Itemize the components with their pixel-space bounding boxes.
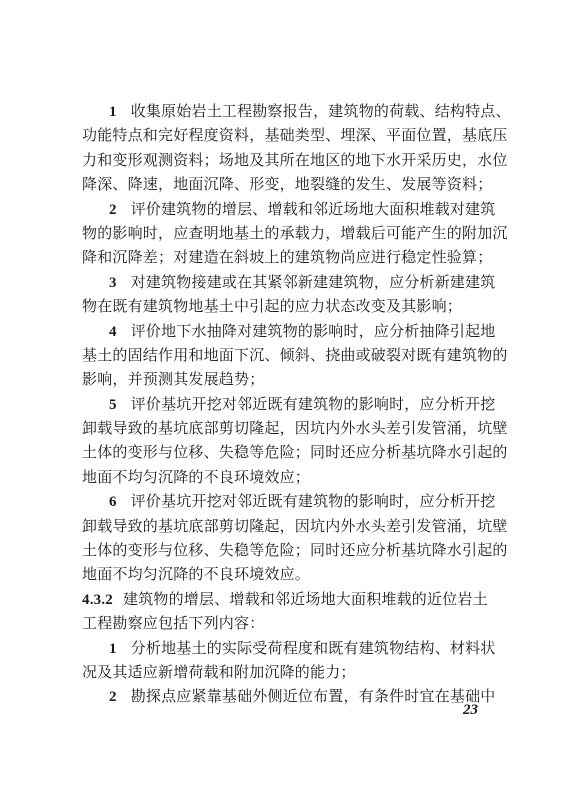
text-line: 降深、降速，地面沉降、形变，地裂缝的发生、发展等资料； [82,173,504,197]
text-line: 工程勘察应包括下列内容： [82,612,504,636]
line-text: 降深、降速，地面沉降、形变，地裂缝的发生、发展等资料； [82,177,492,193]
text-line: 地面不均匀沉降的不良环境效应。 [82,563,504,587]
line-text: 功能特点和完好程度资料，基础类型、埋深、平面位置，基底压 [82,128,508,144]
line-text: 卸载导致的基坑底部剪切隆起，因坑内外水头差引发管涌，坑壁 [82,519,508,535]
item-number: 2 [109,202,117,218]
text-line: 物在既有建筑物地基土中引起的应力状态改变及其影响； [82,295,504,319]
page-number: 23 [463,702,478,719]
line-text: 影响，并预测其发展趋势； [82,372,264,388]
text-line: 3对建筑物接建或在其紧邻新建建筑物，应分析新建建筑 [82,271,504,295]
item-number: 4 [109,324,117,340]
clause-number: 4.3.2 [82,592,113,608]
text-line: 1收集原始岩土工程勘察报告，建筑物的荷载、结构特点、 [82,100,504,124]
line-text: 地面不均匀沉降的不良环境效应； [82,470,310,486]
text-line: 4.3.2建筑物的增层、增载和邻近场地大面积堆载的近位岩土 [82,588,504,612]
text-line: 地面不均匀沉降的不良环境效应； [82,466,504,490]
line-text: 况及其适应新增荷载和附加沉降的能力； [82,665,356,681]
line-text: 物的影响时，应查明地基土的承载力，增载后可能产生的附加沉 [82,226,508,242]
text-line: 5评价基坑开挖对邻近既有建筑物的影响时，应分析开挖 [82,393,504,417]
line-text: 评价地下水抽降对建筑物的影响时，应分析抽降引起地 [131,324,496,340]
text-line: 土体的变形与位移、失稳等危险；同时还应分析基坑降水引起的 [82,441,504,465]
text-line: 卸载导致的基坑底部剪切隆起，因坑内外水头差引发管涌，坑壁 [82,515,504,539]
item-number: 3 [109,275,117,291]
line-text: 勘探点应紧靠基础外侧近位布置，有条件时宜在基础中 [131,689,496,705]
text-line: 1分析地基土的实际受荷程度和既有建筑物结构、材料状 [82,637,504,661]
text-line: 2评价建筑物的增层、增载和邻近场地大面积堆载对建筑 [82,198,504,222]
text-line: 6评价基坑开挖对邻近既有建筑物的影响时，应分析开挖 [82,490,504,514]
line-text: 评价基坑开挖对邻近既有建筑物的影响时，应分析开挖 [131,494,496,510]
text-line: 2勘探点应紧靠基础外侧近位布置，有条件时宜在基础中 [82,685,504,709]
line-text: 卸载导致的基坑底部剪切隆起，因坑内外水头差引发管涌，坑壁 [82,421,508,437]
line-text: 建筑物的增层、增载和邻近场地大面积堆载的近位岩土 [123,592,488,608]
line-text: 工程勘察应包括下列内容： [82,616,264,632]
line-text: 评价基坑开挖对邻近既有建筑物的影响时，应分析开挖 [131,397,496,413]
item-number: 6 [109,494,117,510]
item-number: 2 [109,689,117,705]
text-block: 1收集原始岩土工程勘察报告，建筑物的荷载、结构特点、功能特点和完好程度资料，基础… [82,100,504,710]
line-text: 基土的固结作用和地面下沉、倾斜、挠曲或破裂对既有建筑物的 [82,348,508,364]
text-line: 力和变形观测资料；场地及其所在地区的地下水开采历史，水位 [82,149,504,173]
text-line: 卸载导致的基坑底部剪切隆起，因坑内外水头差引发管涌，坑壁 [82,417,504,441]
line-text: 对建筑物接建或在其紧邻新建建筑物，应分析新建建筑 [131,275,496,291]
line-text: 收集原始岩土工程勘察报告，建筑物的荷载、结构特点、 [131,104,511,120]
text-line: 土体的变形与位移、失稳等危险；同时还应分析基坑降水引起的 [82,539,504,563]
line-text: 土体的变形与位移、失稳等危险；同时还应分析基坑降水引起的 [82,445,508,461]
text-line: 基土的固结作用和地面下沉、倾斜、挠曲或破裂对既有建筑物的 [82,344,504,368]
line-text: 力和变形观测资料；场地及其所在地区的地下水开采历史，水位 [82,153,508,169]
text-line: 影响，并预测其发展趋势； [82,368,504,392]
line-text: 降和沉降差；对建造在斜坡上的建筑物尚应进行稳定性验算； [82,250,492,266]
text-line: 功能特点和完好程度资料，基础类型、埋深、平面位置，基底压 [82,124,504,148]
line-text: 评价建筑物的增层、增载和邻近场地大面积堆载对建筑 [131,202,496,218]
line-text: 分析地基土的实际受荷程度和既有建筑物结构、材料状 [131,641,496,657]
document-page: 1收集原始岩土工程勘察报告，建筑物的荷载、结构特点、功能特点和完好程度资料，基础… [0,0,561,804]
text-line: 物的影响时，应查明地基土的承载力，增载后可能产生的附加沉 [82,222,504,246]
item-number: 5 [109,397,117,413]
line-text: 物在既有建筑物地基土中引起的应力状态改变及其影响； [82,299,462,315]
line-text: 土体的变形与位移、失稳等危险；同时还应分析基坑降水引起的 [82,543,508,559]
text-line: 4评价地下水抽降对建筑物的影响时，应分析抽降引起地 [82,320,504,344]
line-text: 地面不均匀沉降的不良环境效应。 [82,567,310,583]
text-line: 降和沉降差；对建造在斜坡上的建筑物尚应进行稳定性验算； [82,246,504,270]
item-number: 1 [109,641,117,657]
item-number: 1 [109,104,117,120]
text-line: 况及其适应新增荷载和附加沉降的能力； [82,661,504,685]
